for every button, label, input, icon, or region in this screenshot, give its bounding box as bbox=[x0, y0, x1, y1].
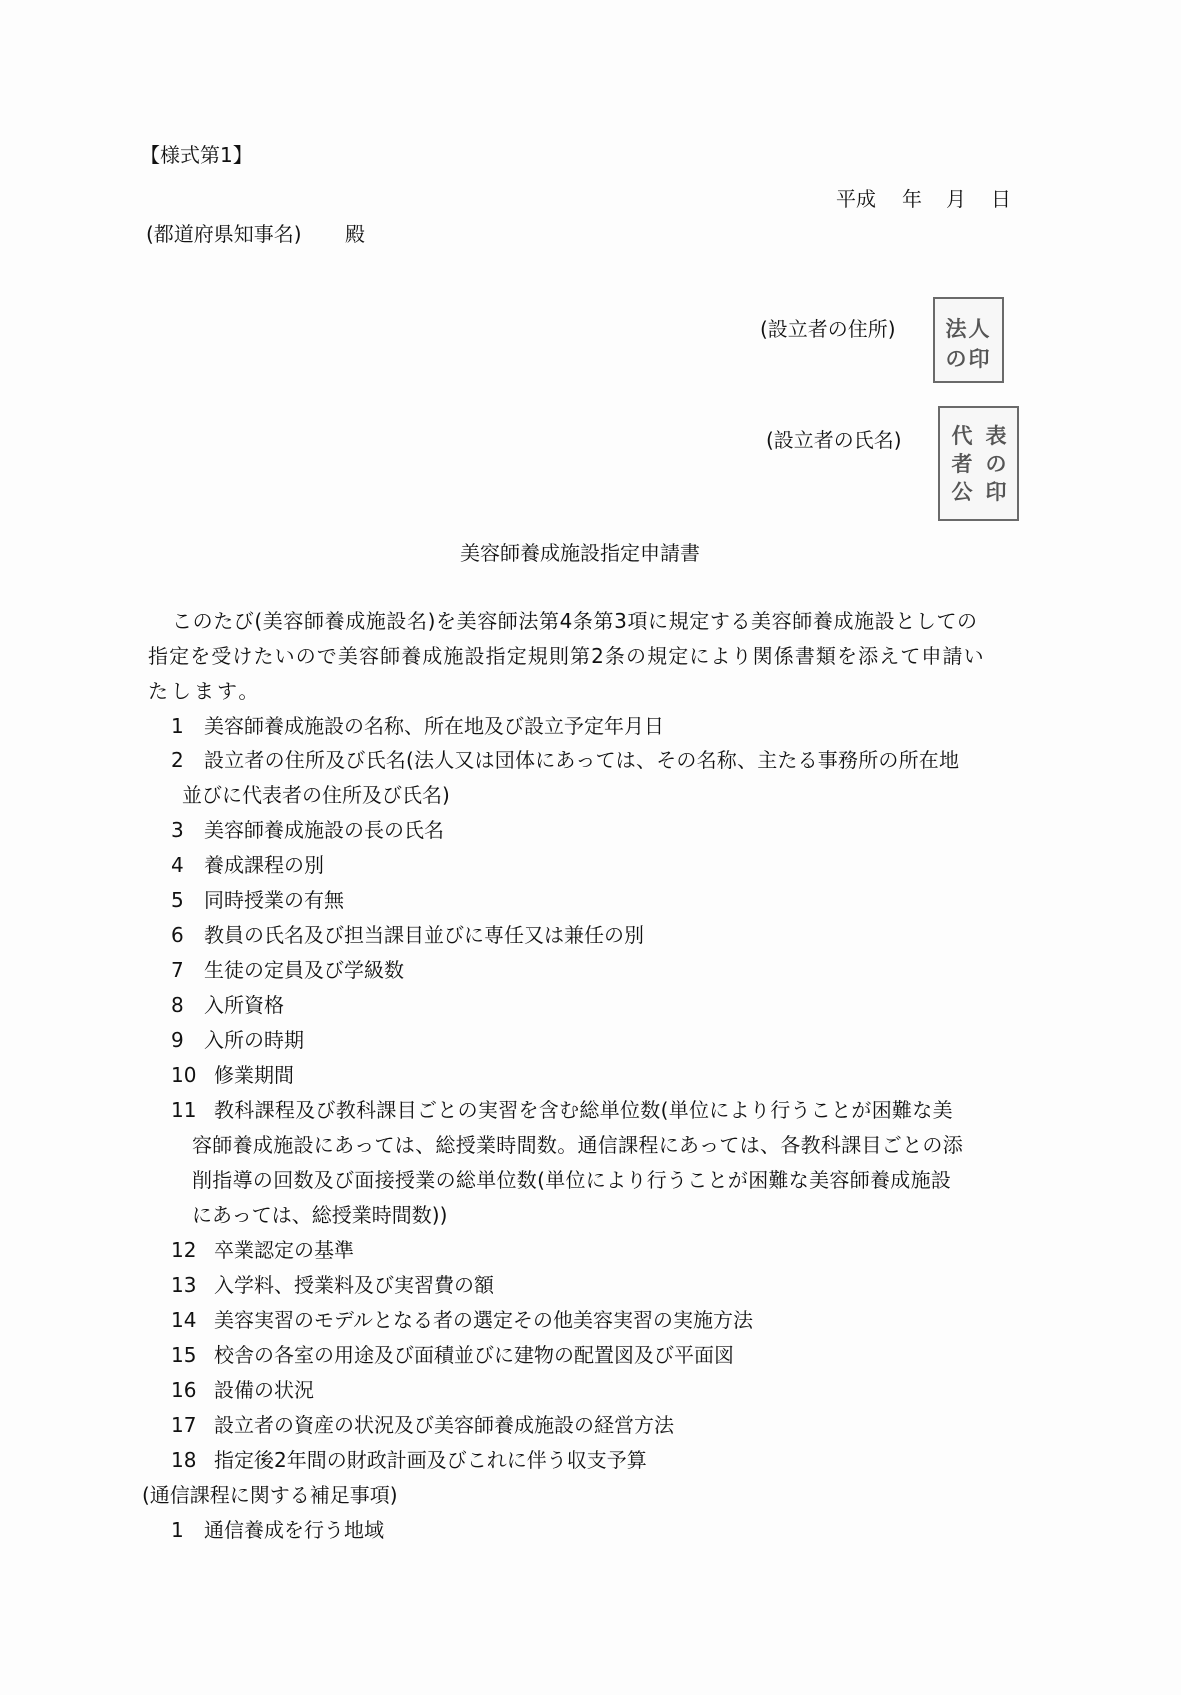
item-text-continued: 削指導の回数及び面接授業の総単位数(単位により行うことが困難な美容師養成施設 bbox=[192, 1168, 951, 1192]
item-text: 養成課程の別 bbox=[204, 853, 324, 877]
item-text: 同時授業の有無 bbox=[204, 888, 344, 912]
item-number: 16 bbox=[171, 1378, 196, 1402]
item-text: 美容師養成施設の名称、所在地及び設立予定年月日 bbox=[204, 714, 664, 738]
honorific: 殿 bbox=[345, 222, 365, 246]
item-number: 12 bbox=[171, 1238, 196, 1262]
item-number: 8 bbox=[171, 993, 184, 1017]
item-text-continued: 並びに代表者の住所及び氏名) bbox=[182, 783, 450, 807]
item-text: 美容師養成施設の長の氏名 bbox=[204, 818, 444, 842]
item-number: 3 bbox=[171, 818, 184, 842]
item-text: 指定後2年間の財政計画及びこれに伴う収支予算 bbox=[214, 1448, 647, 1472]
item-text: 設備の状況 bbox=[214, 1378, 314, 1402]
item-number: 4 bbox=[171, 853, 184, 877]
item-text: 美容実習のモデルとなる者の選定その他美容実習の実施方法 bbox=[214, 1308, 753, 1332]
representative-seal-box: 代 者 公 表 の 印 bbox=[938, 406, 1019, 521]
item-text: 設立者の資産の状況及び美容師養成施設の経営方法 bbox=[214, 1413, 674, 1437]
item-text-continued: にあっては、総授業時間数)) bbox=[192, 1203, 447, 1227]
applicant-address-label: (設立者の住所) bbox=[760, 317, 896, 341]
item-number: 11 bbox=[171, 1098, 196, 1122]
body-line-3: たします。 bbox=[148, 679, 261, 703]
applicant-name-label: (設立者の氏名) bbox=[766, 428, 902, 452]
body-line-1: このたび(美容師養成施設名)を美容師法第4条第3項に規定する美容師養成施設として… bbox=[172, 609, 978, 633]
addressee: (都道府県知事名) bbox=[146, 222, 302, 246]
date-year-unit: 年 bbox=[902, 187, 922, 211]
item-number: 14 bbox=[171, 1308, 196, 1332]
corporate-seal-line1: 法人 bbox=[935, 313, 1002, 343]
date-day-unit: 日 bbox=[991, 187, 1011, 211]
date-era: 平成 bbox=[836, 187, 876, 211]
item-text: 入所の時期 bbox=[204, 1028, 304, 1052]
item-number: 10 bbox=[171, 1063, 196, 1087]
item-number: 13 bbox=[171, 1273, 196, 1297]
item-text: 修業期間 bbox=[214, 1063, 294, 1087]
item-text-continued: 容師養成施設にあっては、総授業時間数。通信課程にあっては、各教科課目ごとの添 bbox=[192, 1133, 963, 1157]
item-text: 教科課程及び教科課目ごとの実習を含む総単位数(単位により行うことが困難な美 bbox=[214, 1098, 953, 1122]
item-number: 18 bbox=[171, 1448, 196, 1472]
item-text: 生徒の定員及び学級数 bbox=[204, 958, 404, 982]
item-number: 6 bbox=[171, 923, 184, 947]
item-text: 入所資格 bbox=[204, 993, 284, 1017]
item-text: 校舎の各室の用途及び面積並びに建物の配置図及び平面図 bbox=[214, 1343, 734, 1367]
item-number: 9 bbox=[171, 1028, 184, 1052]
item-number: 17 bbox=[171, 1413, 196, 1437]
form-label: 【様式第1】 bbox=[140, 143, 253, 167]
item-text: 卒業認定の基準 bbox=[214, 1238, 354, 1262]
item-number: 5 bbox=[171, 888, 184, 912]
representative-seal-right-column: 表 の 印 bbox=[983, 422, 1009, 506]
date-month-unit: 月 bbox=[946, 187, 966, 211]
document-title: 美容師養成施設指定申請書 bbox=[460, 541, 700, 565]
representative-seal-left-column: 代 者 公 bbox=[949, 422, 975, 506]
item-number: 7 bbox=[171, 958, 184, 982]
item-text: 入学料、授業料及び実習費の額 bbox=[214, 1273, 494, 1297]
body-line-2: 指定を受けたいので美容師養成施設指定規則第2条の規定により関係書類を添えて申請い bbox=[148, 644, 985, 668]
corporate-seal-line2: の印 bbox=[935, 343, 1002, 373]
item-number: 2 bbox=[171, 748, 184, 772]
item-text: 設立者の住所及び氏名(法人又は団体にあっては、その名称、主たる事務所の所在地 bbox=[204, 748, 959, 772]
corporate-seal-box: 法人 の印 bbox=[933, 297, 1004, 383]
item-number: 1 bbox=[171, 1518, 184, 1542]
item-number: 1 bbox=[171, 714, 184, 738]
item-number: 15 bbox=[171, 1343, 196, 1367]
supplement-heading: (通信課程に関する補足事項) bbox=[142, 1483, 398, 1507]
item-text: 教員の氏名及び担当課目並びに専任又は兼任の別 bbox=[204, 923, 644, 947]
item-text: 通信養成を行う地域 bbox=[204, 1518, 384, 1542]
